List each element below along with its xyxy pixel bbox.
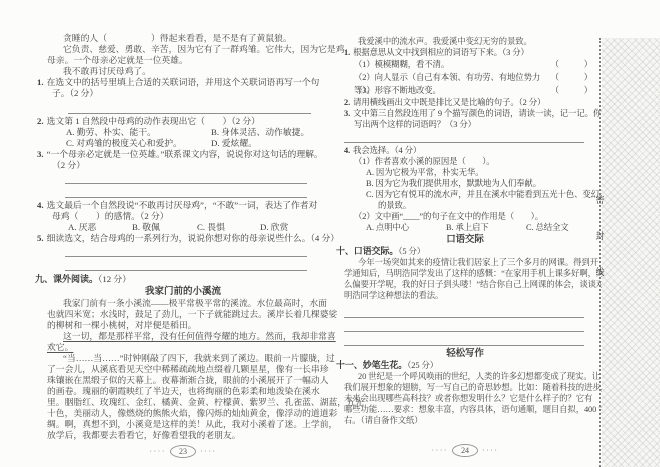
prompt-line: 哪些功能……要求：想象丰富，内容具体，语句通顺，题目自拟，400 字左 [336, 404, 594, 415]
question-5: 5.细读选文，结合母鸡的一系列行为，说说你想对你的母亲说些什么。（4 分） [35, 233, 331, 244]
prompt-line: 明浩同学这种想法的看法。 [336, 290, 594, 301]
passage-line: 了一会儿，从溪底看见天空中稀稀疏疏地点缀着几颗星星，像有一长串珍 [35, 364, 331, 375]
question-title: 十、口语交际。 [336, 246, 398, 256]
passage-intro-line: 我不敢再讨厌母鸡了。 [35, 66, 331, 77]
passage-intro-line: 贪睡的人（ ）得起来看看，是不是有了黄鼠狼。 [35, 33, 331, 44]
question-text: 文中第三自然段连用了 9 个描写颜色的词语，请读一读，记一记。你能再 [353, 109, 618, 118]
passage-intro-line: 我爱溪中的流水声。我爱溪中变幻无穷的景致。 [336, 36, 594, 47]
passage-line: “当……当……”时钟刚敲了四下，我就来到了溪边。眼前一片朦胧，过 [35, 353, 331, 364]
option-c: C. 总结全文 [526, 222, 569, 233]
question-number: 4. [37, 200, 44, 210]
page-number-badge: 23 [170, 445, 196, 458]
question-text: 请用横线画出文中既是排比又是比喻的句子。（2 分） [353, 98, 545, 107]
passage-line: 珠镶嵌在黑缎子似的天幕上。夜幕渐渐合拢，眼前的小溪展开了一幅动人 [35, 375, 331, 386]
option-c: C. 对鸡雏的极度关心和爱护。 [66, 138, 211, 149]
question-1: 1.根据意思从文中找到相应的词语写下来。（3 分） [336, 47, 594, 58]
prompt-line: 未来会出现哪些高科技？或者你想发明什么？它是什么样子的？它有 [336, 393, 594, 404]
passage-line: 十色，美丽动人，像燃烧的熊熊火焰，像闪烁的灿灿黄金，像浮动的道道彩 [35, 408, 331, 419]
question-3: 3.文中第三自然段连用了 9 个描写颜色的词语，请读一读，记一记。你能再 [336, 108, 594, 119]
passage-line: 我家门前有一条小溪流——极平常极平常的溪流。水位最高时，水面 [35, 298, 331, 309]
seal-text-mi: 密 [595, 193, 605, 206]
option-b: B. 因为它为我们提供用水，默默地为人们奉献。 [336, 178, 594, 189]
prompt-line: 今年一场突如其来的疫情让我们居家上了三个多月的网课。得到开 [336, 257, 594, 268]
question-number: 3. [344, 109, 350, 118]
passage-intro-line: 母亲。一个母亲必定就是一位英雄。 [35, 55, 331, 66]
option-b: B. 承上启下 [446, 222, 526, 233]
answer-line [344, 333, 584, 346]
page-number-dots: ···· [431, 445, 448, 456]
question-3-cont: （2 分） [35, 160, 331, 171]
page-edge-hatch [602, 38, 660, 467]
prompt-line: 我们展开想象的翅膀，写一写自己的奇思妙想。比如：随着科技的进步， [336, 382, 594, 393]
answer-line [344, 305, 584, 318]
question-text: 根据意思从文中找到相应的词语写下来。（3 分） [353, 48, 529, 57]
exam-page-right: 我爱溪中的流水声。我爱溪中变幻无穷的景致。 1.根据意思从文中找到相应的词语写下… [336, 36, 594, 457]
option-c: C. 畏惧 [197, 222, 260, 233]
answer-parentheses: （ ） [551, 84, 592, 97]
page-number-badge: 24 [452, 444, 478, 457]
question-4: 4.选文最后一个自然段说“不敢再讨厌母鸡”，“不敢”一词，表达了作者对 [35, 200, 331, 211]
definition-text: （3）形容不断地改变。 [354, 84, 441, 97]
seal-text-xian: 线 [595, 265, 605, 278]
passage-line-underlined: 欢它。 [35, 342, 331, 353]
option-c: C. 因为它有悦耳的流水声，并且在溪水中能看到五光十色、变幻无穷 [336, 189, 594, 200]
question-text: 选文第 1 自然段中母鸡的动作表现出它（ ）（2 分） [47, 116, 260, 126]
passage-line: 里。胭脂红、玫瑰红、金红、橘黄、金黄、柠檬黄、紫罗兰、孔雀蓝、湖蓝，五光 [35, 397, 331, 408]
question-4: 4.我会选择。（4 分） [336, 145, 594, 156]
passage-line: 的画卷。瑰丽的朝霞映红了半边天，也将绚丽的色彩柔和地泼染在溪水 [35, 386, 331, 397]
definition-item: （2）向人显示（自己有本领、有功劳、有地位势力等）。 （ ） [336, 71, 594, 84]
question-text: 细读选文，结合母鸡的一系列行为，说说你想对你的母亲说些什么。（4 分） [47, 233, 340, 243]
page-number-dots: ···· [149, 446, 166, 457]
question-number: 4. [344, 146, 350, 155]
question-3: 3.“一个母亲必定就是一位英雄。”联系课文内容，说说你对这句话的理解。 [35, 149, 331, 160]
passage-line-underlined: 这一切，都是那样平常，没有任何值得夸耀的地方。然而，我却非常喜 [35, 331, 331, 342]
passage-line: 也就四米宽；水浅时，鼓足了劲儿，一下子就能跳过去。溪岸长着几棵婆娑 [35, 309, 331, 320]
page-number-right: ···· 24 ···· [336, 444, 594, 457]
answer-parentheses: （ ） [551, 58, 592, 71]
option-c-cont: 的景致。 [336, 200, 594, 211]
section-score: （12 分） [98, 274, 131, 284]
question-1: 1.在选文中的括号里填上合适的关联词语，并用这个关联词语再写一个句 [35, 77, 331, 88]
answer-line [65, 171, 307, 184]
page-number-left: ···· 23 ···· [35, 445, 331, 458]
option-d: D. 爱炫耀。 [211, 138, 257, 149]
question-2: 2.请用横线画出文中既是排比又是比喻的句子。（2 分） [336, 97, 594, 108]
question-text: 在选文中的括号里填上合适的关联词语，并用这个关联词语再写一个句 [47, 77, 320, 87]
option-a: A. 厌恶 [68, 222, 132, 233]
question-title: 十一、妙笔生花。 [336, 360, 407, 370]
question-4-sub2-options: A. 点明中心 B. 承上启下 C. 总结全文 [336, 222, 594, 233]
page-number-dots: ···· [200, 446, 217, 457]
definition-text: （1）模模糊糊，看不清。 [354, 58, 449, 71]
question-score: （25 分） [407, 361, 438, 370]
prompt-line: 么偏要开学呢，我的好日子到头喽！”结合你自己上网课的体会，谈谈对马 [336, 279, 594, 290]
answer-line [344, 319, 584, 332]
section-header-writing: 轻松写作 [336, 347, 594, 360]
reading-passage-title: 我家门前的小溪流 [35, 285, 331, 298]
passage-intro-line: 它负责、慈爱、勇敢、辛苦，因为它有了一群鸡雏。它伟大，因为它是鸡 [35, 44, 331, 55]
page-number-dots: ···· [482, 445, 499, 456]
question-3-cont: 写出两个这样的词语吗？（3 分） [336, 119, 594, 130]
prompt-line: 学通知后，马明浩同学发出了这样的感慨：“在家用手机上课多好啊，为什 [336, 268, 594, 279]
answer-parentheses: （ ） [551, 71, 592, 84]
prompt-line: 20 世纪是一个呼风唤雨的世纪，人类的许多幻想都变成了现实。让 [336, 371, 594, 382]
answer-line [68, 99, 311, 114]
question-text: 选文最后一个自然段说“不敢再讨厌母鸡”，“不敢”一词，表达了作者对 [47, 200, 318, 210]
question-4-cont: 母鸡（ ）的感情。（2 分） [35, 211, 331, 222]
question-1-cont: 子。（2 分） [35, 88, 331, 99]
question-number: 1. [344, 48, 350, 57]
question-2: 2.选文第 1 自然段中母鸡的动作表现出它（ ）（2 分） [35, 116, 331, 127]
question-10: 十、口语交际。（5 分） [336, 246, 594, 257]
question-11: 十一、妙笔生花。（25 分） [336, 360, 594, 371]
section-9-heading: 九、课外阅读。（12 分） [35, 274, 331, 285]
question-number: 2. [344, 98, 350, 107]
option-b: B. 身体灵活、动作敏捷。 [211, 127, 309, 138]
question-number: 2. [37, 116, 44, 126]
section-title: 九、课外阅读。 [35, 274, 98, 284]
definition-text: （2）向人显示（自己有本领、有功劳、有地位势力等）。 [354, 71, 551, 84]
prompt-line: 右。（请自备作文纸） [336, 415, 594, 426]
option-a: A. 点明中心 [366, 222, 446, 233]
seal-text-feng: 封 [595, 229, 605, 242]
question-4-sub1: （1）作者喜欢小溪的原因是（ ）。 [336, 156, 594, 167]
definition-item: （3）形容不断地改变。 （ ） [336, 84, 594, 97]
question-number: 1. [37, 77, 44, 87]
answer-line [65, 185, 307, 198]
option-b: B. 敬佩 [132, 222, 197, 233]
option-d: D. 欣赏 [260, 222, 288, 233]
passage-line: 绸。啊，真想不到，小溪竟是这样的美！从此，我对小溪着了迷。上学前， [35, 419, 331, 430]
option-a: A. 因为它极为平常，朴实无华。 [336, 167, 594, 178]
question-4-options-row: A. 厌恶 B. 敬佩 C. 畏惧 D. 欣赏 [35, 222, 331, 233]
answer-line [65, 258, 307, 271]
option-a: A. 勤劳、朴实、能干。 [66, 127, 211, 138]
question-text: 我会选择。（4 分） [353, 146, 421, 155]
answer-line [344, 130, 584, 143]
section-header-oral: 口语交际 [336, 233, 594, 246]
definition-item: （1）模模糊糊，看不清。 （ ） [336, 58, 594, 71]
question-text: “一个母亲必定就是一位英雄。”联系课文内容，说说你对这句话的理解。 [47, 149, 323, 159]
question-number: 5. [37, 233, 44, 243]
question-2-options-row: C. 对鸡雏的极度关心和爱护。 D. 爱炫耀。 [35, 138, 331, 149]
passage-line: 的柳树和一棵小桃树，对岸便是稻田。 [35, 320, 331, 331]
answer-line [65, 244, 307, 257]
exam-page-left: 贪睡的人（ ）得起来看看，是不是有了黄鼠狼。 它负责、慈爱、勇敢、辛苦，因为它有… [35, 33, 331, 458]
question-number: 3. [37, 149, 44, 159]
seal-fold-line [599, 38, 601, 467]
passage-line: 放学后，我都要去看看它，好像看望我的老朋友。 [35, 430, 331, 441]
question-score: （5 分） [398, 247, 425, 256]
question-4-sub2: （2）文中画“____”的句子在文中的作用是（ ）。 [336, 211, 594, 222]
question-2-options-row: A. 勤劳、朴实、能干。 B. 身体灵活、动作敏捷。 [35, 127, 331, 138]
